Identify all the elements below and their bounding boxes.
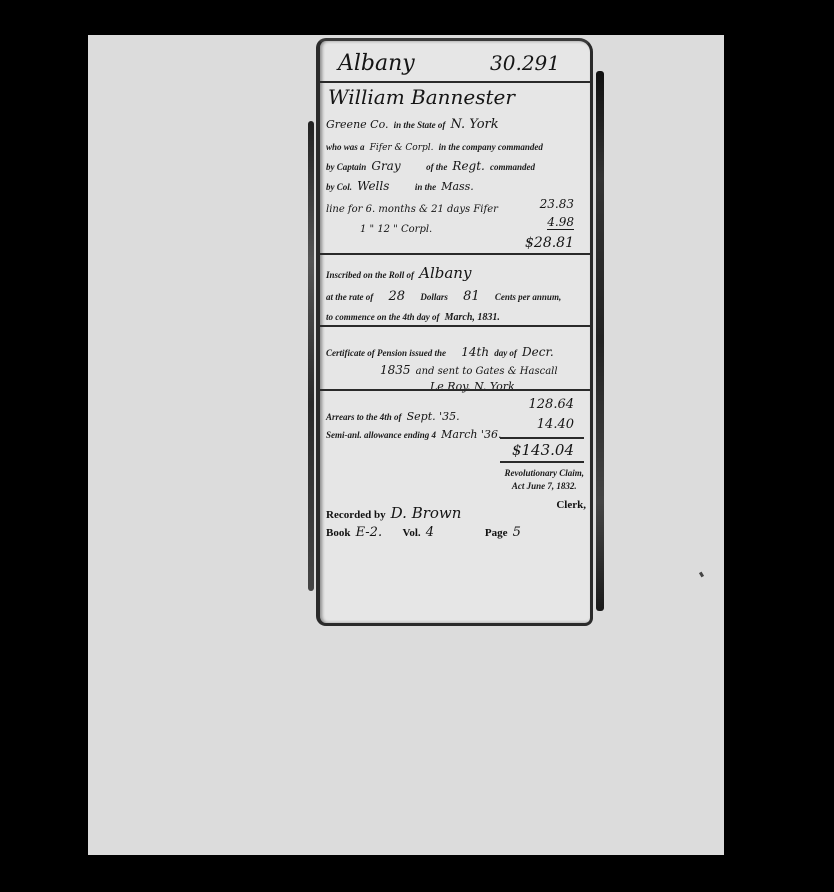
service-total: $28.81 [525, 235, 574, 251]
claim-note: Revolutionary Claim, Act June 7, 1832. [504, 467, 584, 493]
service-line-2: who was a Fifer & Corpl. in the company … [326, 135, 584, 154]
service-line-1: Greene Co. in the State of N. York [326, 113, 584, 132]
scan-speck [699, 572, 704, 578]
header-rule [320, 81, 590, 83]
roll-rule [320, 325, 590, 327]
clerk-label: Clerk, [556, 499, 586, 511]
certificate-rule [320, 389, 590, 391]
roll-line-2: at the rate of 28 Dollars 81 Cents per a… [326, 285, 584, 304]
card-right-edge [596, 71, 604, 611]
certificate-line-3: Le Roy. N. York [430, 375, 584, 394]
semi-annual-amount: 14.40 [537, 417, 574, 432]
recorded-by-line: Recorded by D. Brown [326, 503, 584, 522]
arrears-total: $143.04 [512, 441, 574, 459]
claim-line-1: Revolutionary Claim, [504, 467, 584, 480]
service-amount-fifer: 23.83 [540, 197, 574, 211]
service-amount-corporal: 4.98 [547, 215, 574, 230]
service-line-3: by Captain Gray of the Regt. commanded [326, 155, 584, 174]
roll-line-3: to commence on the 4th day of March, 183… [326, 305, 584, 324]
book-line: Book E-2. Vol. 4 Page 5 [326, 521, 584, 540]
pensioner-name: William Bannester [328, 85, 584, 109]
arrears-sum-rule [500, 437, 584, 439]
arrears-amount: 128.64 [529, 397, 575, 412]
pension-card: Albany 30.291 William Bannester Greene C… [316, 38, 593, 626]
claim-line-2: Act June 7, 1832. [504, 480, 584, 493]
scanned-page: Albany 30.291 William Bannester Greene C… [88, 35, 724, 855]
arrears-total-rule [500, 461, 584, 463]
roll-line-1: Inscribed on the Roll of Albany [326, 263, 584, 282]
certificate-number: 30.291 [490, 51, 560, 75]
card-left-edge [308, 121, 314, 591]
certificate-line-1: Certificate of Pension issued the 14th d… [326, 341, 584, 360]
service-rule [320, 253, 590, 255]
service-line-4: by Col. Wells in the Mass. [326, 175, 584, 194]
